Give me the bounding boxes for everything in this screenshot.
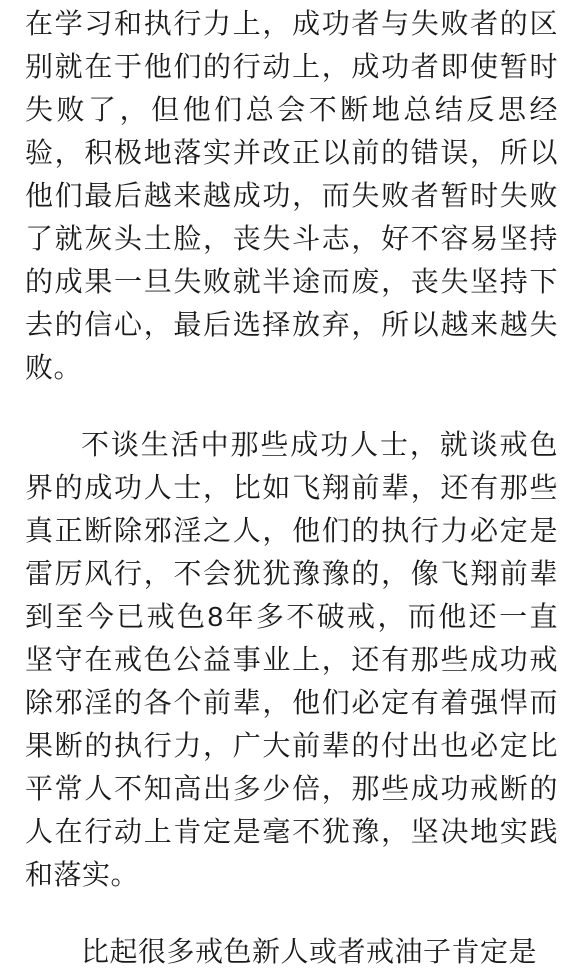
text-line: 在学习和执行力上，成功者与失败者的区 (25, 2, 558, 45)
text-line: 他们最后越来越成功，而失败者暂时失败 (25, 174, 558, 217)
text-line: 不谈生活中那些成功人士，就谈戒色 (25, 423, 558, 466)
text-line: 果断的执行力，广大前辈的付出也必定比 (25, 724, 558, 767)
text-line: 除邪淫的各个前辈，他们必定有着强悍而 (25, 681, 558, 724)
text-line: 真正断除邪淫之人，他们的执行力必定是 (25, 509, 558, 552)
text-line: 的成果一旦失败就半途而废，丧失坚持下 (25, 260, 558, 303)
text-line: 界的成功人士，比如飞翔前辈，还有那些 (25, 466, 558, 509)
text-line: 雷厉风行，不会犹犹豫豫的，像飞翔前辈 (25, 552, 558, 595)
article-body: 在学习和执行力上，成功者与失败者的区别就在于他们的行动上，成功者即使暂时失败了，… (25, 2, 558, 973)
text-line: 验，积极地落实并改正以前的错误，所以 (25, 131, 558, 174)
text-line: 人在行动上肯定是毫不犹豫，坚决地实践 (25, 810, 558, 853)
text-line: 到至今已戒色8年多不破戒，而他还一直 (25, 595, 558, 638)
paragraph: 在学习和执行力上，成功者与失败者的区别就在于他们的行动上，成功者即使暂时失败了，… (25, 2, 558, 389)
text-line: 失败了，但他们总会不断地总结反思经 (25, 88, 558, 131)
article-page: 在学习和执行力上，成功者与失败者的区别就在于他们的行动上，成功者即使暂时失败了，… (0, 0, 580, 973)
text-line: 败。 (25, 346, 558, 389)
text-line: 别就在于他们的行动上，成功者即使暂时 (25, 45, 558, 88)
paragraph: 不谈生活中那些成功人士，就谈戒色界的成功人士，比如飞翔前辈，还有那些真正断除邪淫… (25, 423, 558, 896)
text-line: 平常人不知高出多少倍，那些成功戒断的 (25, 767, 558, 810)
text-line: 了就灰头土脸，丧失斗志，好不容易坚持 (25, 217, 558, 260)
text-line: 和落实。 (25, 853, 558, 896)
paragraph: 比起很多戒色新人或者戒油子肯定是 (25, 930, 558, 973)
text-line: 比起很多戒色新人或者戒油子肯定是 (25, 930, 558, 973)
text-line: 去的信心，最后选择放弃，所以越来越失 (25, 303, 558, 346)
text-line: 坚守在戒色公益事业上，还有那些成功戒 (25, 638, 558, 681)
